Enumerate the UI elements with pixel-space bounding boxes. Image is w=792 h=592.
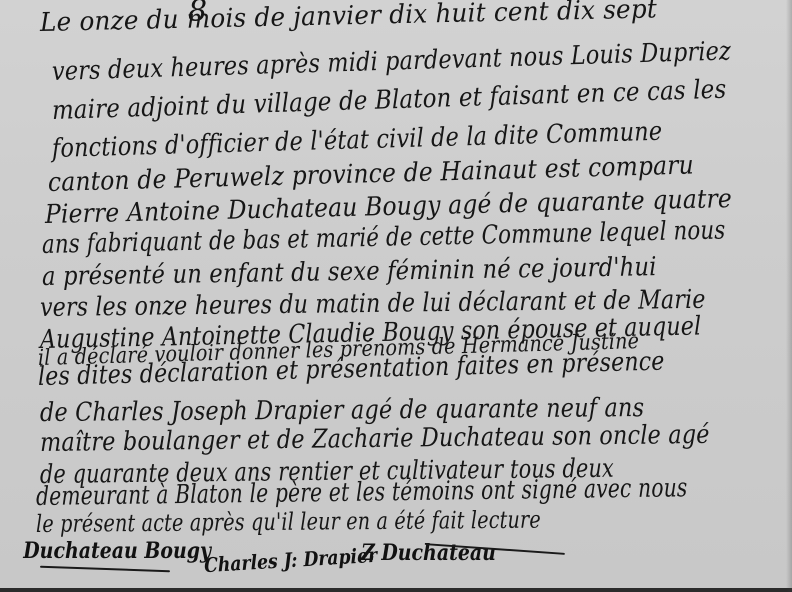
page-edge [0,588,792,592]
signature-flourish [40,566,170,573]
text-line-17: le présent acte après qu'il leur en a ét… [36,506,541,538]
signature-father: Duchateau Bougy [23,538,211,564]
signature-witness-1: Charles J: Drapier [204,543,378,577]
register-page: 8 Le onze du mois de janvier dix huit ce… [0,0,792,592]
text-line-1: Le onze du mois de janvier dix huit cent… [40,0,658,38]
